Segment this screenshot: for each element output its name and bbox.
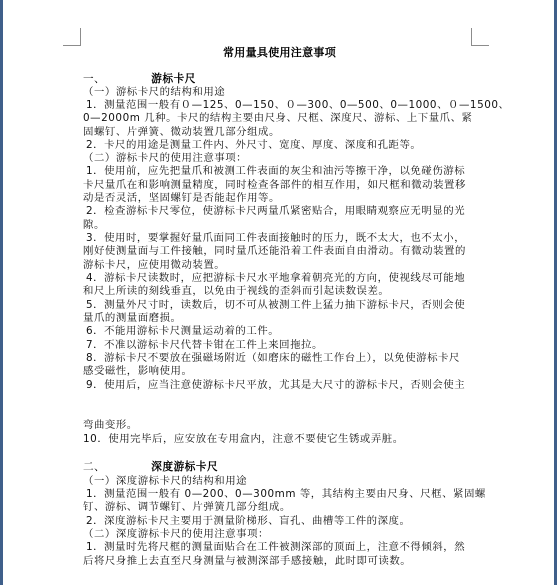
paragraph-line: 1．测量时先将尺框的测量面贴合在工件被测深部的顶面上，注意不得倾斜，然 bbox=[86, 541, 465, 554]
margin-corner-mark-right bbox=[471, 28, 489, 46]
paragraph-line: 隙。 bbox=[83, 219, 105, 232]
paragraph-line: 和尺上所读的刻线垂直，以免由于视线的歪斜而引起读数误差。 bbox=[83, 285, 389, 298]
section-title: 游标卡尺 bbox=[151, 73, 196, 85]
subsection-heading: （一）深度游标卡尺的结构和用途 bbox=[83, 475, 247, 488]
paragraph-line: 9．使用后，应当注意使游标卡尺平放，尤其是大尺寸的游标卡尺，否则会使主 bbox=[86, 379, 465, 392]
paragraph-line: 1．测量范围一般有０—125、0—150、０—300、0—500、0—1000、… bbox=[86, 99, 510, 112]
paragraph-line: 0—2000m 几种。卡尺的结构主要由尺身、尺框、深度尺、游标、上下量爪、紧 bbox=[83, 112, 473, 125]
paragraph-line: 感受磁性，影响使用。 bbox=[83, 365, 192, 378]
paragraph-line: 8．游标卡尺不要放在强磁场附近（如磨床的磁性工作台上），以免使游标卡尺 bbox=[86, 352, 460, 365]
section-heading: 一、游标卡尺 bbox=[83, 73, 196, 86]
margin-corner-mark-left bbox=[63, 28, 81, 46]
subsection-heading: （二）游标卡尺的使用注意事项： bbox=[83, 152, 247, 165]
paragraph-line: 2．卡尺的用途是测量工件内、外尺寸、宽度、厚度、深度和孔距等。 bbox=[86, 139, 421, 152]
paragraph-line: 10．使用完毕后，应安放在专用盒内，注意不要使它生锈或弄脏。 bbox=[83, 433, 404, 446]
paragraph-line: 2．深度游标卡尺主要用于测量阶梯形、盲孔、曲槽等工件的深度。 bbox=[86, 515, 410, 528]
section-number: 二、 bbox=[83, 461, 105, 473]
window-frame-left bbox=[0, 0, 3, 585]
section-number: 一、 bbox=[83, 73, 105, 85]
paragraph-line: 1．测量范围一般有 0—200、0—300mm 等，其结构主要由尺身、尺框、紧固… bbox=[86, 488, 486, 501]
paragraph-line: 卡尺量爪在和影响测量精度，同时检查各部件的相互作用，如尺框和微动装置移 bbox=[83, 179, 466, 192]
paragraph-line: 6．不能用游标卡尺测量运动着的工件。 bbox=[86, 325, 279, 338]
paragraph-line: 钉、游标、调节螺钉、片弹簧几部分组成。 bbox=[83, 501, 291, 514]
paragraph-line: 5．测量外尺寸时，读数后，切不可从被测工件上猛力抽下游标卡尺，否则会使 bbox=[86, 299, 465, 312]
document-title: 常用量具使用注意事项 bbox=[223, 44, 349, 60]
paragraph-line: 3．使用时，要掌握好量爪面同工件表面接触时的压力，既不太大，也不太小， bbox=[86, 232, 465, 245]
paragraph-line: 1．使用前，应先把量爪和被测工件表面的灰尘和油污等擦干净，以免碰伤游标 bbox=[86, 165, 465, 178]
paragraph-line: 7．不准以游标卡尺代替卡钳在工件上来回拖拉。 bbox=[86, 339, 323, 352]
paragraph-line: 后将尺身推上去直至尺身测量与被测深部手感接触，此时即可读数。 bbox=[83, 555, 411, 568]
paragraph-line: 刚好使测量面与工件接触，同时量爪还能沿着工件表面自由滑动。有微动装置的 bbox=[83, 245, 466, 258]
section-title: 深度游标卡尺 bbox=[151, 461, 218, 473]
subsection-heading: （二）深度游标卡尺的使用注意事项： bbox=[83, 528, 269, 541]
paragraph-line: 4．游标卡尺读数时，应把游标卡尺水平地拿着朝亮光的方向，使视线尽可能地 bbox=[86, 272, 465, 285]
paragraph-line: 弯曲变形。 bbox=[83, 419, 138, 432]
paragraph-line: 量爪的测量面磨损。 bbox=[83, 312, 181, 325]
paragraph-line: 固螺钉、片弹簧、微动装置几部分组成。 bbox=[83, 126, 280, 139]
paragraph-line: 2．检查游标卡尺零位，使游标卡尺两量爪紧密贴合，用眼睛观察应无明显的光 bbox=[86, 205, 465, 218]
section-heading: 二、深度游标卡尺 bbox=[83, 461, 218, 474]
subsection-heading: （一）游标卡尺的结构和用途 bbox=[83, 86, 225, 99]
paragraph-line: 游标卡尺，应使用微动装置。 bbox=[83, 259, 225, 272]
paragraph-line: 动是否灵活，坚固螺钉是否能起作用等。 bbox=[83, 192, 280, 205]
